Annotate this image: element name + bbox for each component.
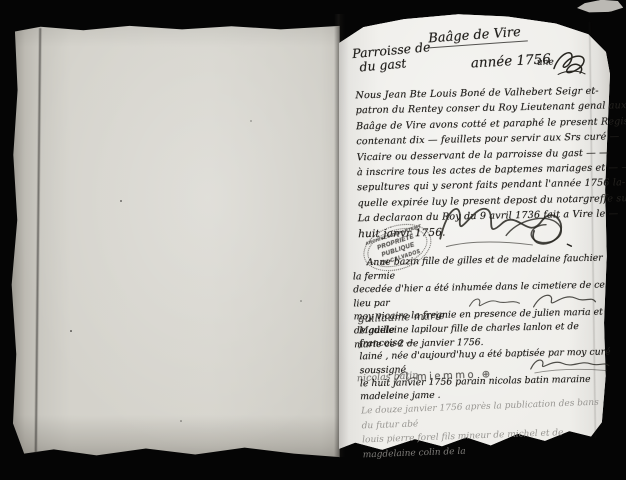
page-edge-fragment [576, 0, 623, 16]
page-speck [300, 300, 302, 302]
priest-signature-flourish [528, 353, 610, 381]
scan-background: Parroisse de du gast Baâge de Vire année… [0, 0, 626, 480]
page-speck [70, 330, 72, 332]
record1-signature-flourishes [467, 288, 598, 320]
officer-signature-flourish [435, 194, 576, 259]
page-speck [120, 200, 122, 202]
paraph-flourish [550, 46, 591, 83]
faint-marriage-entry: Le douze janvier 1756 après la publicati… [361, 395, 613, 462]
page-speck [180, 420, 182, 422]
signature-squiggle [393, 367, 419, 391]
page-speck [250, 120, 252, 122]
left-page [11, 25, 340, 458]
